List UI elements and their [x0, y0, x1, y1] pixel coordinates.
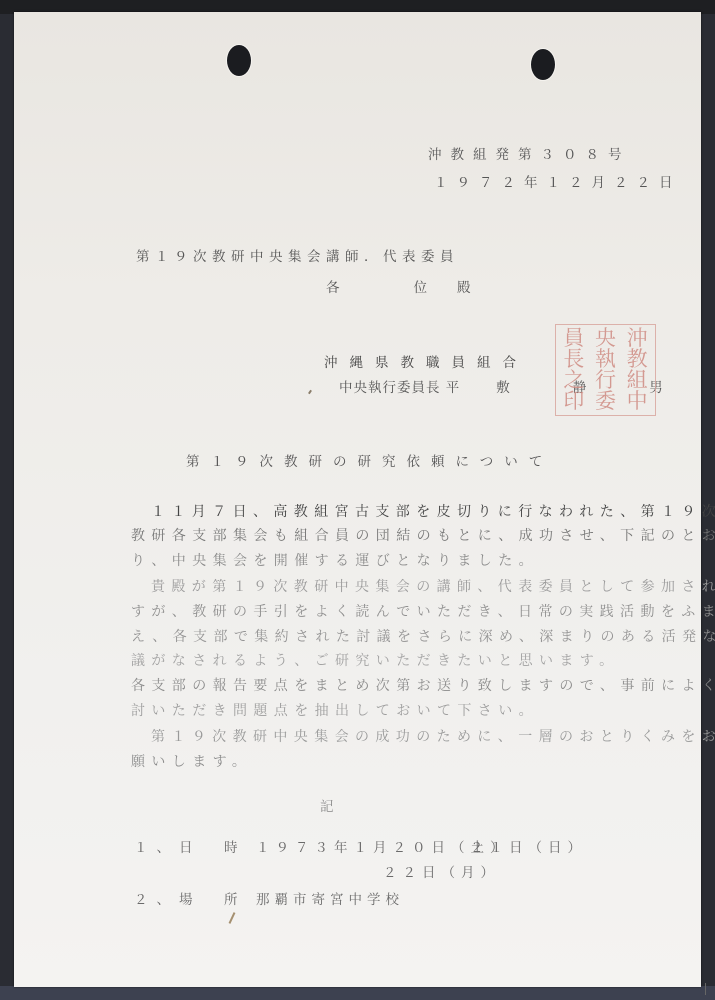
- honorific-part: 位: [414, 276, 428, 296]
- scan-backdrop-bottom: [0, 986, 715, 1000]
- item-datetime-value-3: ２２日（月）: [383, 861, 500, 881]
- stamp-char: 沖: [627, 328, 648, 349]
- stamp-column: 央 執 行 委: [590, 328, 620, 412]
- body-line: 討いただき問題点を抽出しておいて下さい。: [131, 700, 539, 720]
- stamp-char: 教: [627, 349, 648, 370]
- honorific-part: 各: [326, 276, 340, 296]
- body-line: 第１９次教研中央集会の成功のために、一層のおとりくみをお: [151, 726, 715, 746]
- stamp-char: 中: [627, 391, 648, 412]
- body-line: 議がなされるよう、ご研究いただきたいと思います。: [131, 650, 619, 670]
- stamp-char: 執: [595, 349, 616, 370]
- sender-organization: 沖縄県教職員組合: [324, 351, 528, 371]
- paper-blemish: [308, 390, 312, 394]
- body-line: 貴殿が第１９次教研中央集会の講師、代表委員として参加されま: [151, 576, 715, 596]
- paper-blemish: [705, 983, 706, 995]
- reference-date: １９７２年１２月２２日: [434, 171, 682, 191]
- honorific-part: 殿: [457, 276, 471, 296]
- document-subject: 第１９次教研の研究依頼について: [186, 450, 553, 470]
- item-datetime-label: １、日 時: [134, 836, 247, 856]
- paper-blemish: [229, 912, 236, 924]
- body-line: すが、教研の手引をよく読んでいただき、日常の実践活動をふま: [131, 601, 715, 621]
- sender-name-part: 敷: [496, 376, 511, 396]
- reference-number: 沖教組発第３０８号: [428, 143, 631, 163]
- sender-name-part: 平: [446, 376, 461, 396]
- addressee-honorific: 各位殿: [326, 276, 471, 296]
- stamp-char: 長: [563, 349, 584, 370]
- body-line: 教研各支部集会も組合員の団結のもとに、成功させ、下記のとお: [131, 525, 715, 545]
- ki-heading: 記: [320, 795, 334, 815]
- document-page: 沖教組発第３０８号 １９７２年１２月２２日 第１９次教研中央集会講師．代表委員 …: [14, 12, 701, 987]
- stamp-char: 之: [563, 370, 584, 391]
- item-location-value: 那覇市寄宮中学校: [256, 888, 404, 908]
- item-location-label: ２、場 所: [134, 888, 247, 908]
- body-line: り、中央集会を開催する運びとなりました。: [131, 550, 539, 570]
- body-line: 願いします。: [131, 751, 252, 771]
- stamp-char: 印: [563, 391, 584, 412]
- item-datetime-value-2: ２１日（日）: [470, 836, 587, 856]
- punch-hole-right: [530, 48, 556, 81]
- body-line: え、各支部で集約された討議をさらに深め、深まりのある活発な討: [131, 626, 715, 646]
- stamp-char: 行: [595, 370, 616, 391]
- stamp-column: 沖 教 組 中: [622, 328, 652, 412]
- body-line: 各支部の報告要点をまとめ次第お送り致しますので、事前によくご検: [131, 675, 715, 695]
- stamp-char: 央: [595, 328, 616, 349]
- stamp-column: 員 長 之 印: [559, 328, 589, 412]
- stamp-char: 組: [627, 370, 648, 391]
- stamp-char: 員: [563, 328, 584, 349]
- addressee-line: 第１９次教研中央集会講師．代表委員: [136, 245, 459, 265]
- body-line: １１月７日、高教組宮古支部を皮切りに行なわれた、第１９次: [151, 501, 715, 521]
- sender-title: 中央執行委員長: [339, 376, 441, 396]
- punch-hole-left: [226, 44, 252, 77]
- stamp-char: 委: [595, 391, 616, 412]
- official-seal-stamp: 沖 教 組 中 央 執 行 委 員 長 之 印: [555, 324, 656, 416]
